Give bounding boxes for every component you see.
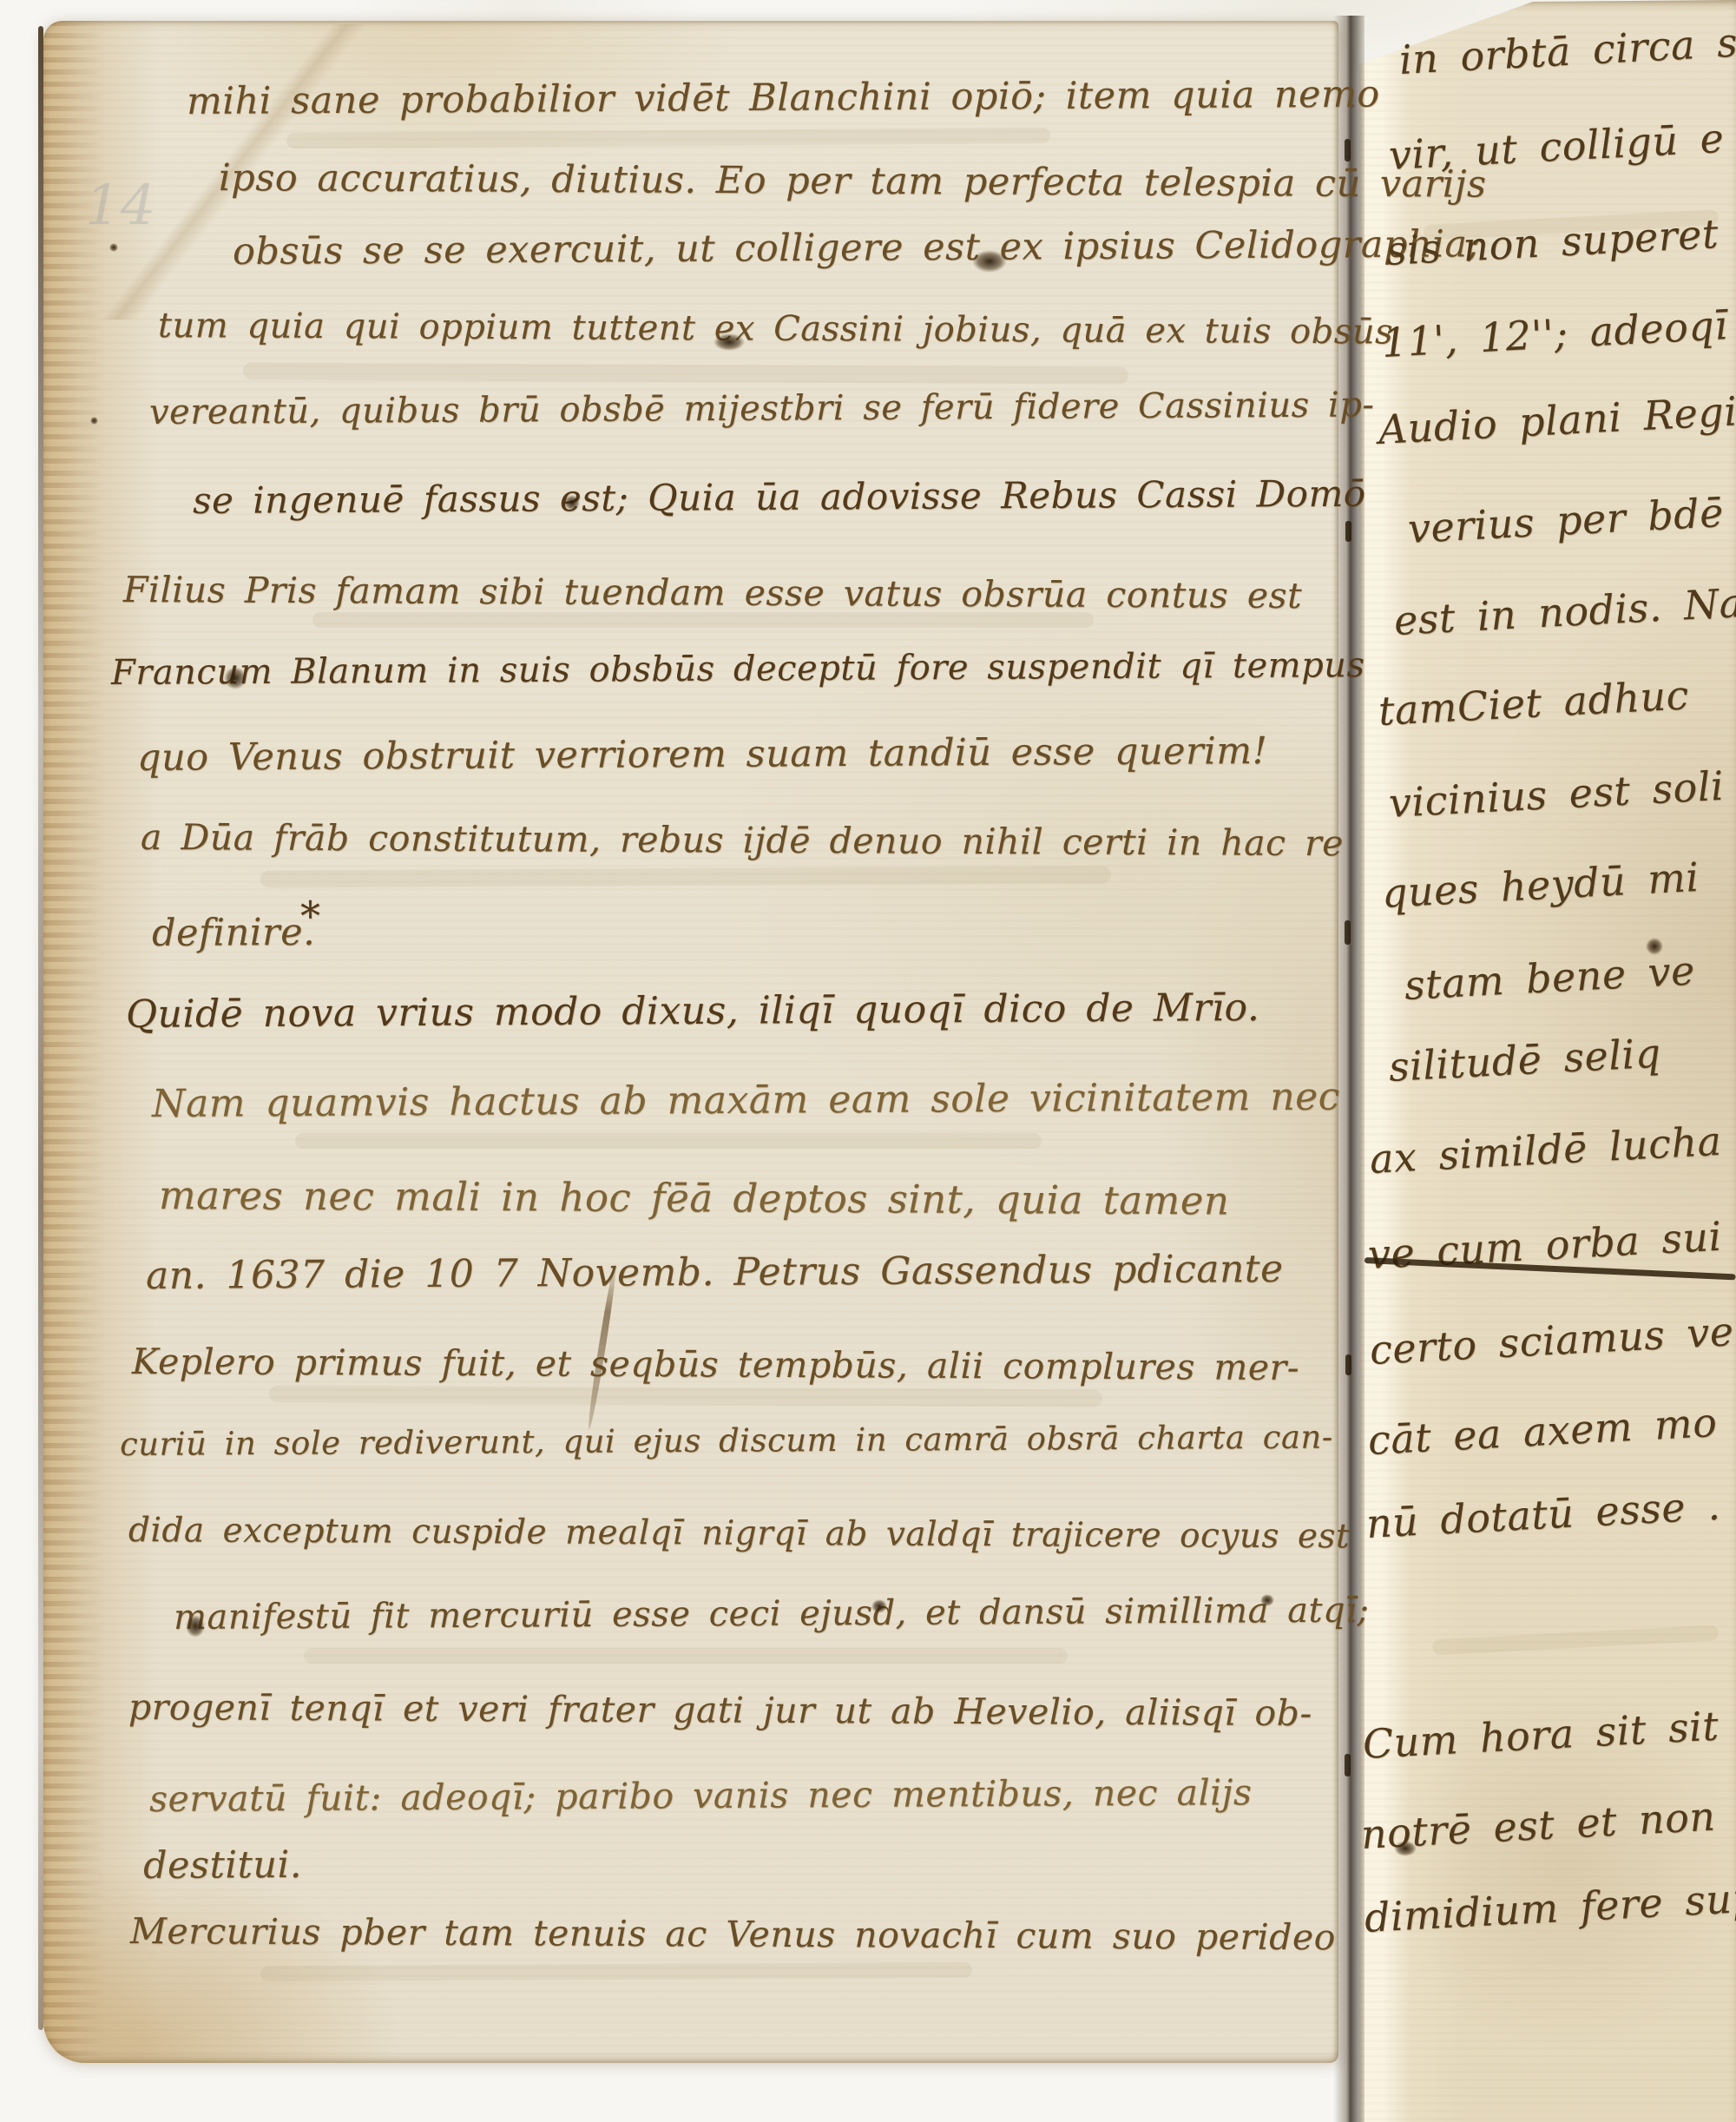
manuscript-line: mihi sane probabilior vidēt Blanchini op… bbox=[187, 73, 1380, 123]
manuscript-line: mares nec mali in hoc fēā deptos sint, q… bbox=[159, 1172, 1230, 1223]
manuscript-line: Francum Blanum in suis obsbūs deceptū fo… bbox=[111, 645, 1365, 693]
ink-blot bbox=[871, 1599, 887, 1613]
manuscript-line: dida exceptum cuspide mealqī nigrqī ab v… bbox=[128, 1511, 1350, 1556]
stitch-mark bbox=[1345, 920, 1351, 945]
manuscript-line: progenī tenqī et veri frater gati jur ut… bbox=[128, 1686, 1312, 1734]
ink-blot bbox=[1646, 938, 1663, 955]
manuscript-line: curiū in sole rediverunt, qui ejus discu… bbox=[120, 1418, 1333, 1463]
manuscript-line: se ingenuē fassus est; Quia ūa adovisse … bbox=[193, 472, 1366, 522]
manuscript-line: Nam quamvis hactus ab maxām eam sole vic… bbox=[152, 1075, 1340, 1126]
asterisk-mark: * bbox=[300, 893, 321, 939]
manuscript-line: Quidē nova vrius modo dixus, iliqī quoqī… bbox=[126, 985, 1260, 1037]
ink-blot bbox=[1260, 1594, 1274, 1606]
manuscript-line: an. 1637 die 10 7 Novemb. Petrus Gassend… bbox=[146, 1247, 1284, 1298]
ink-blot bbox=[564, 495, 580, 511]
manuscript-line: Filius Pris famam sibi tuendam esse vatu… bbox=[123, 569, 1302, 616]
ink-blot bbox=[713, 333, 745, 351]
ghost-page-number: 14 bbox=[85, 174, 155, 238]
manuscript-line: ipso accuratius, diutius. Eo per tam per… bbox=[219, 156, 1487, 207]
manuscript-line: definire. bbox=[152, 911, 316, 955]
ink-blot bbox=[109, 243, 118, 252]
stitch-mark bbox=[1345, 1354, 1351, 1375]
ink-blot bbox=[90, 417, 98, 425]
manuscript-photo: 14 mihi sane probabilior vidēt Blanchini… bbox=[0, 0, 1736, 2122]
stitch-mark bbox=[1345, 521, 1351, 542]
manuscript-line: obsūs se se exercuit, ut colligere est e… bbox=[233, 222, 1481, 273]
ink-blot bbox=[972, 250, 1007, 273]
manuscript-line: servatū fuit: adeoqī; paribo vanis nec m… bbox=[149, 1771, 1253, 1820]
manuscript-line: vereantū, quibus brū obsbē mijestbri se … bbox=[149, 385, 1375, 432]
manuscript-line: Mercurius pber tam tenuis ac Venus novac… bbox=[130, 1910, 1336, 1958]
manuscript-line: destitui. bbox=[143, 1843, 302, 1888]
show-through bbox=[295, 1133, 1042, 1149]
manuscript-line: Keplero primus fuit, et seqbūs tempbūs, … bbox=[132, 1341, 1299, 1388]
ink-blot bbox=[1394, 1841, 1417, 1856]
manuscript-line: tum quia qui oppium tuttent ex Cassini j… bbox=[158, 306, 1393, 352]
show-through bbox=[304, 1648, 1068, 1664]
page-stack-edge bbox=[38, 26, 43, 2030]
manuscript-line: a Dūa frāb constitutum, rebus ijdē denuo… bbox=[141, 816, 1344, 864]
stitch-mark bbox=[1345, 139, 1351, 161]
ink-blot bbox=[186, 1615, 205, 1638]
manuscript-line: manifestū fit mercuriū esse ceci ejusd, … bbox=[174, 1591, 1370, 1638]
page-fore-edge bbox=[43, 21, 108, 2063]
stitch-mark bbox=[1345, 1754, 1351, 1776]
manuscript-line: quo Venus obstruit verriorem suam tandiū… bbox=[137, 729, 1268, 780]
ink-blot bbox=[224, 667, 247, 689]
